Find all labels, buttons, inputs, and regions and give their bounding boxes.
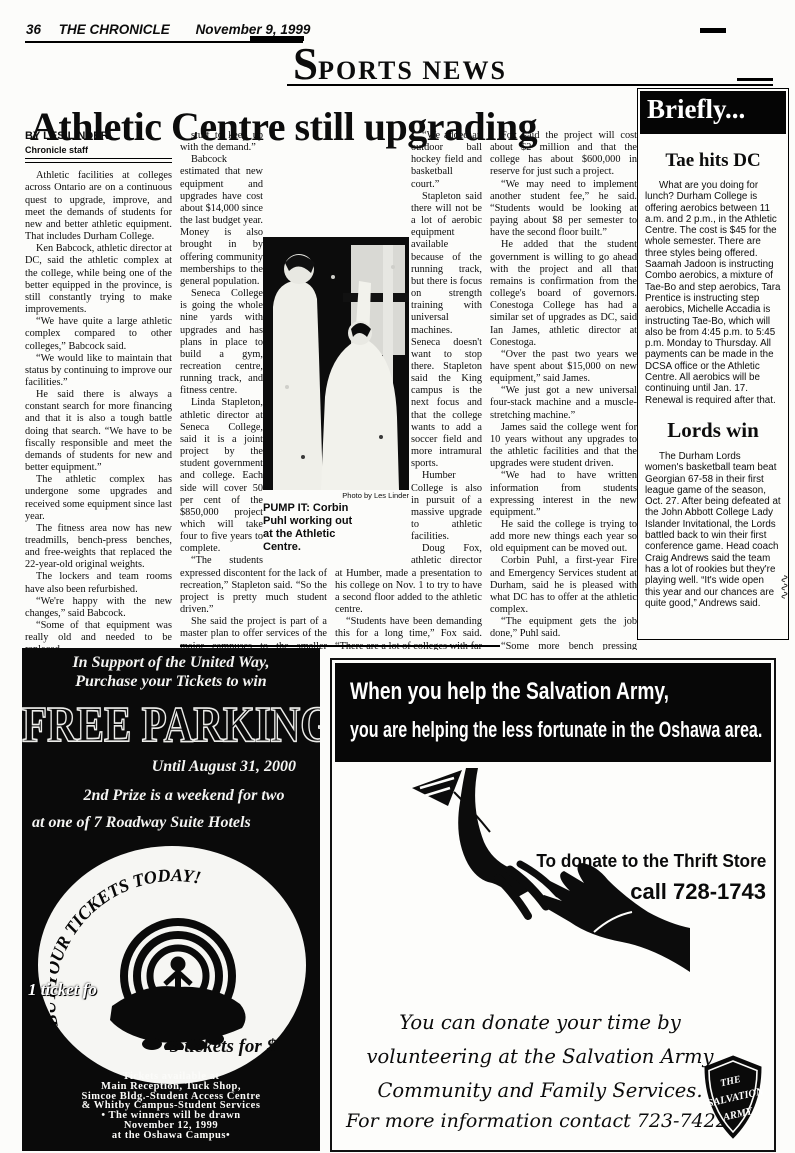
tickets-footer: Tickets available at Main Reception, Tuc… xyxy=(22,1072,320,1141)
byline-role: Chronicle staff xyxy=(25,144,172,159)
briefly-item2-heading: Lords win xyxy=(638,418,788,443)
until-date-line: Until August 31, 2000 xyxy=(22,758,320,776)
script-line: volunteering at the Salvation Army xyxy=(340,1040,740,1074)
paragraph: “We just got a new universal four-stack … xyxy=(490,385,637,421)
issue-date: November 9, 1999 xyxy=(196,22,311,37)
script-line: Community and Family Services. xyxy=(340,1074,740,1108)
workout-photo xyxy=(263,237,409,490)
briefly-item1-body: What are you doing for lunch? Durham Col… xyxy=(638,180,788,406)
paragraph: “Some more bench pressing equipment woul… xyxy=(490,641,637,650)
briefly-item2-body: The Durham Lords women's basketball team… xyxy=(638,451,788,609)
script-line: You can donate your time by xyxy=(340,1006,740,1040)
article-photo-figure: Photo by Les Linder PUMP IT: Corbin Puhl… xyxy=(263,237,409,554)
free-parking-headline: FREE PARKING xyxy=(22,694,320,754)
paragraph: James said the college went for 10 years… xyxy=(490,422,637,471)
one-ticket-line: 1 ticket fo xyxy=(28,980,97,1000)
footer-line: at the Oshawa Campus• xyxy=(22,1131,320,1141)
margin-scribble: ∿∿∿ xyxy=(778,574,791,599)
thrift-phone: call 728-1743 xyxy=(519,879,766,905)
section-rest: PORTS NEWS xyxy=(318,56,507,85)
paragraph: The fitness area now has new treadmills,… xyxy=(25,523,172,572)
paragraph: “We may need to implement another studen… xyxy=(490,179,637,240)
paragraph: He said there is always a constant searc… xyxy=(25,389,172,474)
volunteer-script-text: You can donate your time by volunteering… xyxy=(340,1006,740,1108)
paragraph: He said the college is trying to add mor… xyxy=(490,519,637,555)
united-way-intro-line2: Purchase your Tickets to win xyxy=(22,672,320,691)
paragraph: Athletic facilities at colleges across O… xyxy=(25,170,172,243)
united-way-ad: In Support of the United Way, Purchase y… xyxy=(22,648,320,1151)
second-prize-line: 2nd Prize is a weekend for two xyxy=(22,787,320,805)
paragraph: “Some of that equipment was really old a… xyxy=(25,620,172,650)
paragraph: “We're happy with the new changes,” said… xyxy=(25,596,172,620)
article-column-1: BY LES LINDER Chronicle staff Athletic f… xyxy=(25,130,172,650)
banner-line2: you are helping the less fortunate in th… xyxy=(350,717,657,743)
paragraph: Ken Babcock, athletic director at DC, sa… xyxy=(25,243,172,316)
paragraph: stuff to keep up with the demand.” xyxy=(180,130,327,154)
page-number: 36 xyxy=(26,22,41,37)
folio-line: 36 THE CHRONICLE November 9, 1999 xyxy=(26,22,310,37)
paragraph: The athletic complex has undergone some … xyxy=(25,474,172,523)
paragraph: “We would like to maintain that status b… xyxy=(25,353,172,389)
margin-dash xyxy=(700,28,726,33)
newspaper-page: 36 THE CHRONICLE November 9, 1999 SPORTS… xyxy=(0,0,795,1153)
paragraph: Corbin Puhl, a first-year Fire and Emerg… xyxy=(490,555,637,616)
salvation-army-shield-logo: THE SALVATION ARMY xyxy=(700,1054,766,1142)
section-initial: S xyxy=(293,39,318,89)
salvation-army-banner: When you help the Salvation Army, you ar… xyxy=(335,663,771,762)
section-rule xyxy=(287,84,773,86)
united-way-logo: BUY YOUR TICKETS TODAY! xyxy=(50,854,294,1050)
paragraph: He added that the student government is … xyxy=(490,239,637,348)
hotels-line: at one of 7 Roadway Suite Hotels xyxy=(22,814,320,832)
section-rule-dash xyxy=(737,78,773,81)
article-column-4: Fox said the project will cost about $2 … xyxy=(490,130,637,650)
paragraph: “The students expressed discontent for t… xyxy=(180,555,327,616)
united-way-intro-line1: In Support of the United Way, xyxy=(22,653,320,672)
paragraph: “We added an outdoor ball hockey field a… xyxy=(335,130,482,191)
photo-credit: Photo by Les Linder xyxy=(263,491,409,500)
briefly-sidebar: Briefly... Tae hits DC What are you doin… xyxy=(637,88,789,640)
masthead: THE CHRONICLE xyxy=(59,22,170,37)
contact-phone-line: For more information contact 723-7422 xyxy=(346,1110,728,1132)
photo-caption: PUMP IT: Corbin Puhl working out at the … xyxy=(263,502,363,554)
paragraph: “We had to have written information from… xyxy=(490,470,637,519)
briefly-title: Briefly... xyxy=(640,91,786,134)
three-tickets-line: 3 tickets for $ xyxy=(170,1036,276,1058)
paragraph: “We have quite a large athletic complex … xyxy=(25,316,172,352)
banner-line1: When you help the Salvation Army, xyxy=(350,678,687,706)
paragraph: “The equipment gets the job done,” Puhl … xyxy=(490,616,637,640)
paragraph: Fox said the project will cost about $2 … xyxy=(490,130,637,179)
article-bottom-rule xyxy=(180,645,500,647)
byline-block: BY LES LINDER Chronicle staff xyxy=(25,130,172,163)
section-title: SPORTS NEWS xyxy=(288,38,512,90)
paragraph: “Over the past two years we have spent a… xyxy=(490,349,637,385)
folio-rule xyxy=(25,41,303,43)
thrift-line1: To donate to the Thrift Store xyxy=(536,850,766,872)
briefly-item1-heading: Tae hits DC xyxy=(638,150,788,172)
byline: BY LES LINDER xyxy=(25,130,172,142)
salvation-army-ad: When you help the Salvation Army, you ar… xyxy=(330,658,776,1152)
thrift-store-callout: To donate to the Thrift Store call 728-1… xyxy=(519,850,766,905)
paragraph: The lockers and team rooms have also bee… xyxy=(25,571,172,595)
